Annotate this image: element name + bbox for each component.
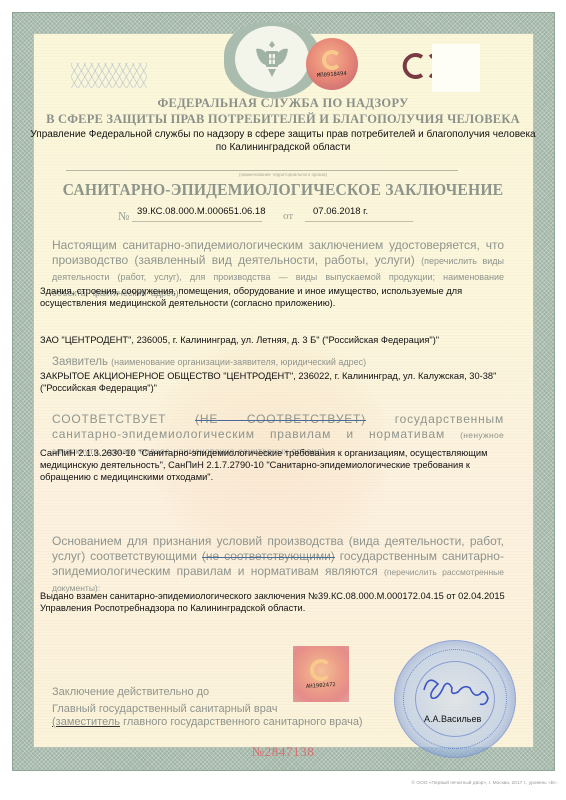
issuer-name: Управление Федеральной службы по надзору… — [30, 128, 536, 154]
number-label: № — [118, 209, 129, 224]
sanitary-rules-value: СанПиН 2.1.3.2630-10 "Санитарно-эпидемио… — [40, 447, 518, 483]
applicant-label-text: Заявитель — [52, 356, 108, 368]
issuer-underline — [66, 170, 458, 171]
applicant-hint: (наименование организации-заявителя, юри… — [111, 357, 366, 367]
blank-field — [432, 44, 480, 92]
serial-number: №2847138 — [0, 744, 566, 760]
hologram-c-icon — [322, 50, 342, 70]
document-date: 07.06.2018 г. — [313, 206, 368, 217]
date-label: от — [283, 210, 293, 222]
hologram2-number: АН1902472 — [306, 682, 336, 690]
valid-until-label: Заключение действительно до — [52, 686, 209, 698]
not-conforms-struck: (НЕ СООТВЕТСТВУЕТ) — [195, 412, 366, 426]
signature-icon — [420, 668, 500, 708]
number-underline — [132, 221, 262, 222]
basis-statement: Основанием для признания условий произво… — [52, 534, 504, 596]
agency-name-line2: В СФЕРЕ ЗАЩИТЫ ПРАВ ПОТРЕБИТЕЛЕЙ И БЛАГО… — [0, 112, 566, 127]
deputy-underlined: (заместитель — [52, 716, 120, 728]
hologram-sticker: МП0918494 — [306, 38, 358, 90]
document-title: САНИТАРНО-ЭПИДЕМИОЛОГИЧЕСКОЕ ЗАКЛЮЧЕНИЕ — [23, 180, 544, 200]
agency-name-line1: ФЕДЕРАЛЬНАЯ СЛУЖБА ПО НАДЗОРУ — [0, 96, 566, 111]
conforms-text: СООТВЕТСТВУЕТ — [52, 412, 166, 426]
basis-value: Выдано взамен санитарно-эпидемиологическ… — [40, 590, 518, 614]
applicant-label: Заявитель (наименование организации-заяв… — [52, 356, 366, 368]
applicant-value: ЗАКРЫТОЕ АКЦИОНЕРНОЕ ОБЩЕСТВО "ЦЕНТРОДЕН… — [40, 370, 518, 394]
chief-deputy-title: (заместитель главного государственного с… — [52, 716, 363, 728]
hologram-sticker-2: АН1902472 — [293, 646, 349, 702]
issuer-caption: (наименование территориального органа) — [0, 172, 566, 177]
security-pattern — [71, 63, 147, 88]
printer-imprint: © ООО «Первый печатный двор», г. Москва,… — [411, 781, 558, 786]
chief-title: Главный государственный санитарный врач — [52, 703, 277, 715]
document-number: 39.КС.08.000.М.000651.06.18 — [137, 206, 266, 217]
signer-name: А.А.Васильев — [424, 714, 481, 724]
object-address: ЗАО "ЦЕНТРОДЕНТ", 236005, г. Калининград… — [40, 334, 518, 346]
date-underline — [305, 221, 413, 222]
hologram-c-icon — [310, 659, 332, 681]
hologram-number: МП0918494 — [317, 71, 347, 79]
deputy-rest: главного государственного санитарного вр… — [120, 716, 363, 728]
russian-coat-of-arms-icon — [235, 26, 309, 92]
production-value: Здания, строения, сооружения, помещения,… — [40, 285, 518, 309]
basis-struck: (не соответствующими) — [202, 549, 335, 563]
